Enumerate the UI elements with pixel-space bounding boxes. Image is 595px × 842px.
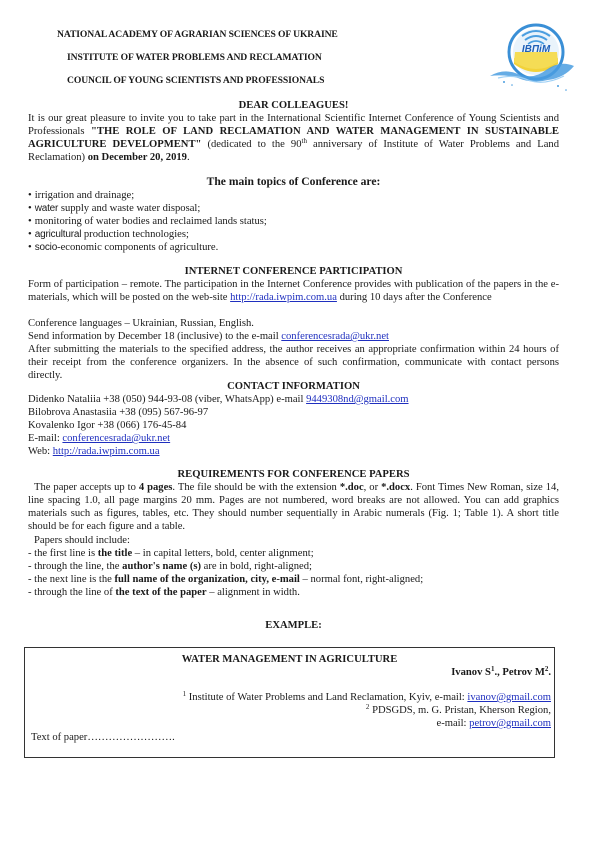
example-box: WATER MANAGEMENT IN AGRICULTURE Ivanov S… <box>24 647 555 758</box>
list-item: •irrigation and drainage; <box>28 189 559 202</box>
req-text: The paper accepts up to <box>34 482 139 493</box>
rule-text: – in capital letters, bold, center align… <box>132 548 314 559</box>
submission-email-link[interactable]: conferencesrada@ukr.net <box>281 331 389 342</box>
contact-row: Kovalenko Igor +38 (066) 176-45-84 <box>28 419 559 432</box>
languages-line: Conference languages – Ukrainian, Russia… <box>28 317 559 330</box>
rule-text: - the next line is the <box>28 574 115 585</box>
rule-emphasis: the title <box>98 548 132 559</box>
rule-text: - the first line is <box>28 548 98 559</box>
requirements-paragraph: The paper accepts up to 4 pages. The fil… <box>28 481 559 533</box>
contacts-title: CONTACT INFORMATION <box>28 380 559 393</box>
rule-text: - through the line, the <box>28 561 122 572</box>
topic-text: production technologies; <box>81 229 189 240</box>
topic-text: -economic components of agriculture. <box>57 242 218 253</box>
conference-date: on December 20, 2019 <box>88 152 187 163</box>
example-affiliation-2: 2 PDSGDS, m. G. Pristan, Kherson Region, <box>366 704 551 717</box>
invitation-paragraph: It is our great pleasure to invite you t… <box>28 112 559 164</box>
example-authors: Ivanov S1., Petrov M2. <box>451 666 551 679</box>
send-info-line: Send information by December 18 (inclusi… <box>28 330 559 343</box>
contact-row: Bilobrova Anastasiia +38 (095) 567-96-97 <box>28 406 559 419</box>
topic-text: irrigation and drainage; <box>35 190 134 201</box>
example-paper-title: WATER MANAGEMENT IN AGRICULTURE <box>25 653 554 666</box>
rule-emphasis: the text of the paper <box>115 587 206 598</box>
aff-1-text: Institute of Water Problems and Land Rec… <box>186 692 467 703</box>
topic-lead: agricultural <box>35 229 82 240</box>
list-item: •water supply and waste water disposal; <box>28 202 559 215</box>
topics-list: •irrigation and drainage; •water supply … <box>28 189 559 254</box>
send-info-text: Send information by December 18 (inclusi… <box>28 331 281 342</box>
example-label: EXAMPLE: <box>28 619 559 632</box>
rule-row: - the next line is the full name of the … <box>28 573 559 586</box>
rule-row: - through the line of the text of the pa… <box>28 586 559 599</box>
period: . <box>187 152 190 163</box>
example-affiliation-2-email: e-mail: petrov@gmail.com <box>437 717 552 730</box>
author-end: . <box>548 667 551 678</box>
email-label: e-mail: <box>437 718 470 729</box>
rule-text: – alignment in width. <box>207 587 300 598</box>
list-item: •socio-economic components of agricultur… <box>28 241 559 254</box>
req-text: . The file should be with the extension <box>172 482 339 493</box>
req-text: , or <box>364 482 381 493</box>
author-1: Ivanov S <box>451 667 491 678</box>
rule-row: - through the line, the author's name (s… <box>28 560 559 573</box>
docx-extension: *.docx <box>381 482 410 493</box>
aff-2-text: PDSGDS, m. G. Pristan, Kherson Region, <box>369 705 551 716</box>
website-link[interactable]: http://rada.iwpim.com.ua <box>230 292 337 303</box>
header-institute: INSTITUTE OF WATER PROBLEMS AND RECLAMAT… <box>67 51 322 64</box>
logo-text: ІВПіМ <box>522 44 551 55</box>
example-email-link-2[interactable]: petrov@gmail.com <box>469 718 551 729</box>
contact-email-link[interactable]: 9449308nd@gmail.com <box>306 394 408 405</box>
rule-text: – normal font, right-aligned; <box>300 574 423 585</box>
bullet-icon: • <box>28 203 32 214</box>
rule-emphasis: full name of the organization, city, e-m… <box>115 574 300 585</box>
invitation-text-2: (dedicated to the 90 <box>201 139 301 150</box>
list-item: •monitoring of water bodies and reclaime… <box>28 215 559 228</box>
example-email-link-1[interactable]: ivanov@gmail.com <box>467 692 551 703</box>
list-item: •agricultural production technologies; <box>28 228 559 241</box>
bullet-icon: • <box>28 229 32 240</box>
author-2: ., Petrov M <box>494 667 544 678</box>
contact-email-row: E-mail: conferencesrada@ukr.net <box>28 432 559 445</box>
topic-lead: water <box>35 203 58 214</box>
bullet-icon: • <box>28 190 32 201</box>
topic-text: monitoring of water bodies and reclaimed… <box>35 216 267 227</box>
web-label: Web: <box>28 446 53 457</box>
header-council: COUNCIL OF YOUNG SCIENTISTS AND PROFESSI… <box>67 74 324 87</box>
example-body-text: Text of paper……………………. <box>31 731 175 744</box>
include-label: Papers should include: <box>34 534 565 547</box>
contact-web-row: Web: http://rada.iwpim.com.ua <box>28 445 559 458</box>
topic-lead: socio <box>35 242 57 253</box>
contact-org-email-link[interactable]: conferencesrada@ukr.net <box>62 433 170 444</box>
rule-text: - through the line of <box>28 587 115 598</box>
institute-logo-icon: ІВПіМ <box>484 18 580 100</box>
contact-row: Didenko Nataliia +38 (050) 944-93-08 (vi… <box>28 393 559 406</box>
header-academy: NATIONAL ACADEMY OF AGRARIAN SCIENCES OF… <box>57 28 338 41</box>
participation-text-2: during 10 days after the Conference <box>337 292 492 303</box>
page-limit: 4 pages <box>139 482 173 493</box>
rule-row: - the first line is the title – in capit… <box>28 547 559 560</box>
contact-text: Bilobrova Anastasiia +38 (095) 567-96-97 <box>28 407 208 418</box>
doc-extension: *.doc <box>340 482 364 493</box>
greeting-title: DEAR COLLEAGUES! <box>28 99 559 112</box>
confirmation-paragraph: After submitting the materials to the sp… <box>28 343 559 382</box>
bullet-icon: • <box>28 242 32 253</box>
contact-web-link[interactable]: http://rada.iwpim.com.ua <box>53 446 160 457</box>
topic-text: supply and waste water disposal; <box>58 203 200 214</box>
requirements-title: REQUIREMENTS FOR CONFERENCE PAPERS <box>28 468 559 481</box>
topics-title: The main topics of Conference are: <box>28 175 559 188</box>
rule-emphasis: author's name (s) <box>122 561 201 572</box>
contact-text: Didenko Nataliia +38 (050) 944-93-08 (vi… <box>28 394 306 405</box>
participation-paragraph: Form of participation – remote. The part… <box>28 278 559 304</box>
email-label: E-mail: <box>28 433 62 444</box>
participation-title: INTERNET CONFERENCE PARTICIPATION <box>28 265 559 278</box>
bullet-icon: • <box>28 216 32 227</box>
contact-text: Kovalenko Igor +38 (066) 176-45-84 <box>28 420 186 431</box>
rule-text: are in bold, right-aligned; <box>201 561 312 572</box>
